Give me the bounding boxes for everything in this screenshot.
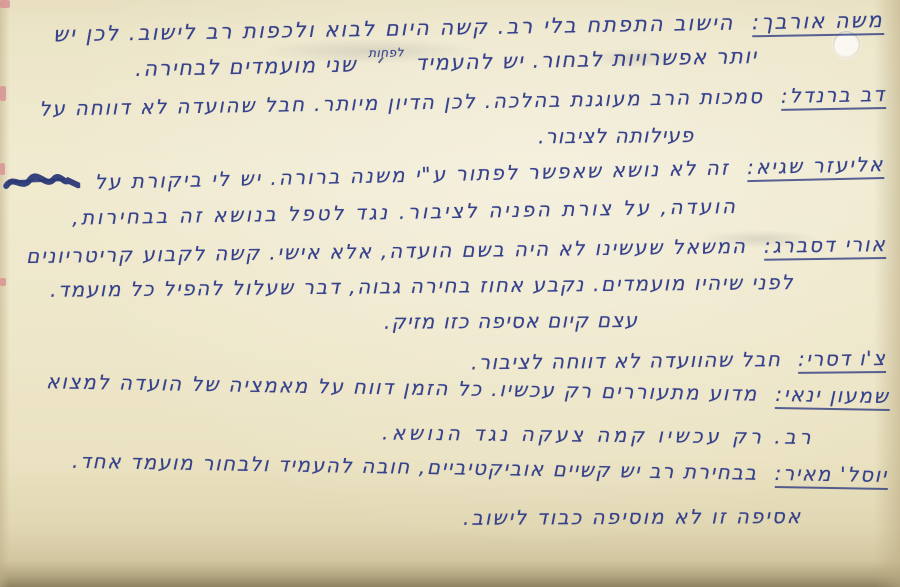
- paper-edge-mark: [0, 278, 6, 286]
- line-text: רב. רק עכשיו קמה צעקה נגד הנושא.: [382, 420, 814, 449]
- handwritten-line: לפני שיהיו מועמדים. נקבע אחוז בחירה גבוה…: [50, 270, 794, 302]
- speaker-name: משה אורבך:: [752, 8, 884, 37]
- speaker-name: אליעזר שגיא:: [746, 152, 884, 182]
- crossed-out-word: [1, 170, 80, 199]
- handwritten-line: צ'ו דסרי: חבל שהוועדה לא דווחה לציבור.: [471, 346, 887, 377]
- handwritten-line: דב ברנדל: סמכות הרב מעוגנת בהלכה. לכן הד…: [39, 82, 886, 124]
- line-text: הועדה, על צורת הפניה לציבור. נגד לטפל בנ…: [72, 194, 738, 230]
- handwritten-line: יותר אפשרויות לבחור. יש להעמיד לפחות שני…: [135, 44, 758, 81]
- speaker-remarks: זה לא נושא שאפשר לפתור ע"י משנה ברורה. י…: [94, 156, 730, 194]
- speaker-name: צ'ו דסרי:: [798, 346, 886, 374]
- handwritten-line: שמעון ינאי: מדוע מתעוררים רק עכשיו. כל ה…: [46, 369, 890, 411]
- line-text: פעילותה לציבור.: [538, 123, 694, 148]
- speaker-remarks: הישוב התפתח בלי רב. קשה היום לבוא ולכפות…: [53, 11, 735, 47]
- line-text: אסיפה זו לא מוסיפה כבוד לישוב.: [463, 504, 802, 530]
- speaker-name: יוסל' מאיר:: [775, 461, 889, 490]
- handwritten-line: עצם קיום אסיפה כזו מזיק.: [384, 308, 638, 334]
- speaker-remarks: בבחירת רב יש קשיים אוביקטיביים, חובה להע…: [72, 449, 758, 485]
- handwritten-line: משה אורבך: הישוב התפתח בלי רב. קשה היום …: [53, 8, 884, 49]
- speaker-remarks: חבל שהוועדה לא דווחה לציבור.: [471, 347, 782, 374]
- speaker-remarks: המשאל שעשינו לא היה בשם הועדה, אלא אישי.…: [25, 234, 746, 268]
- inserted-word: לפחות: [368, 45, 404, 60]
- paper-edge-mark: [0, 0, 10, 8]
- handwritten-line: פעילותה לציבור.: [538, 123, 694, 148]
- line-text: שני מועמדים לבחירה.: [135, 52, 358, 81]
- handwritten-line: יוסל' מאיר: בבחירת רב יש קשיים אוביקטיבי…: [72, 449, 888, 490]
- handwritten-line: הועדה, על צורת הפניה לציבור. נגד לטפל בנ…: [72, 194, 738, 230]
- scanned-handwritten-page: משה אורבך: הישוב התפתח בלי רב. קשה היום …: [0, 0, 900, 587]
- paper-edge-mark: [0, 86, 6, 101]
- speaker-remarks: סמכות הרב מעוגנת בהלכה. לכן הדיון מיותר.…: [39, 84, 764, 121]
- speaker-name: שמעון ינאי:: [775, 382, 890, 411]
- line-text: עצם קיום אסיפה כזו מזיק.: [384, 308, 638, 334]
- speaker-name: דב ברנדל:: [781, 82, 886, 111]
- handwritten-line: רב. רק עכשיו קמה צעקה נגד הנושא.: [382, 420, 814, 449]
- handwritten-line: אסיפה זו לא מוסיפה כבוד לישוב.: [463, 504, 802, 530]
- speaker-name: אורי דסברג:: [763, 232, 886, 261]
- handwritten-line: אורי דסברג: המשאל שעשינו לא היה בשם הועד…: [25, 232, 886, 271]
- line-text: לפני שיהיו מועמדים. נקבע אחוז בחירה גבוה…: [50, 270, 794, 302]
- handwritten-line: אליעזר שגיא: זה לא נושא שאפשר לפתור ע"י …: [1, 152, 884, 199]
